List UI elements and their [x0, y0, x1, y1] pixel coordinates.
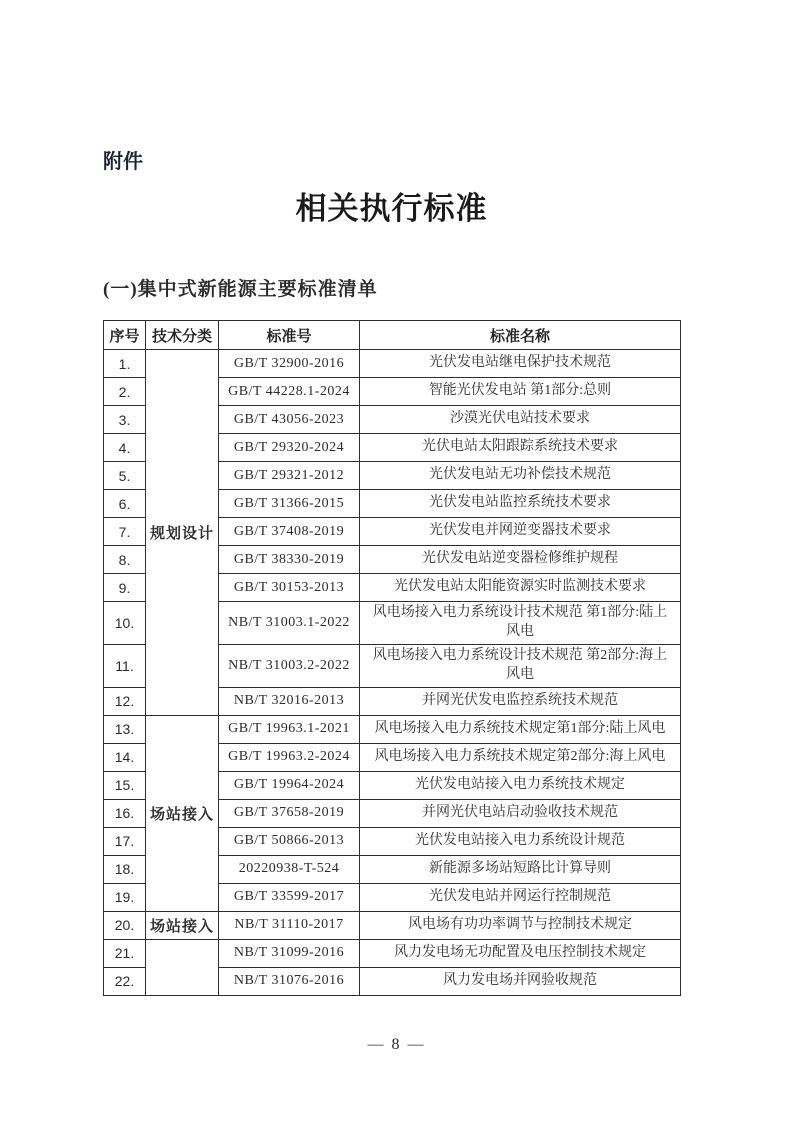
row-index-cell: 16.	[104, 799, 146, 827]
standard-name-cell: 风电场接入电力系统设计技术规范 第2部分:海上风电	[360, 644, 681, 687]
standard-number-cell: GB/T 43056-2023	[219, 406, 360, 434]
row-index-cell: 6.	[104, 490, 146, 518]
standard-name-cell: 新能源多场站短路比计算导则	[360, 855, 681, 883]
standard-name-cell: 光伏发电站接入电力系统技术规定	[360, 771, 681, 799]
standard-number-cell: GB/T 19964-2024	[219, 771, 360, 799]
standard-number-cell: NB/T 31003.2-2022	[219, 644, 360, 687]
row-index-cell: 10.	[104, 602, 146, 645]
row-index-cell: 11.	[104, 644, 146, 687]
standard-number-cell: GB/T 31366-2015	[219, 490, 360, 518]
table-row: 13.场站接入GB/T 19963.1-2021风电场接入电力系统技术规定第1部…	[104, 715, 681, 743]
standard-number-cell: GB/T 19963.1-2021	[219, 715, 360, 743]
row-index-cell: 5.	[104, 462, 146, 490]
standard-number-cell: GB/T 37658-2019	[219, 799, 360, 827]
row-index-cell: 3.	[104, 406, 146, 434]
standard-name-cell: 风电场有功功率调节与控制技术规定	[360, 911, 681, 939]
standard-name-cell: 光伏发电站接入电力系统设计规范	[360, 827, 681, 855]
row-index-cell: 8.	[104, 546, 146, 574]
standard-name-cell: 风力发电场并网验收规范	[360, 967, 681, 995]
table-row: 21.NB/T 31099-2016风力发电场无功配置及电压控制技术规定	[104, 939, 681, 967]
standard-number-cell: NB/T 31110-2017	[219, 911, 360, 939]
standard-name-cell: 光伏发电站监控系统技术要求	[360, 490, 681, 518]
standard-name-cell: 光伏发电站并网运行控制规范	[360, 883, 681, 911]
standard-name-cell: 光伏电站太阳跟踪系统技术要求	[360, 434, 681, 462]
section-heading: (一)集中式新能源主要标准清单	[103, 274, 378, 301]
row-index-cell: 9.	[104, 574, 146, 602]
standard-number-cell: 20220938-T-524	[219, 855, 360, 883]
standard-number-cell: NB/T 31076-2016	[219, 967, 360, 995]
header-index: 序号	[104, 321, 146, 350]
row-index-cell: 19.	[104, 883, 146, 911]
row-index-cell: 15.	[104, 771, 146, 799]
standard-name-cell: 并网光伏电站启动验收技术规范	[360, 799, 681, 827]
standard-number-cell: GB/T 37408-2019	[219, 518, 360, 546]
standard-name-cell: 风电场接入电力系统技术规定第1部分:陆上风电	[360, 715, 681, 743]
category-cell: 场站接入	[146, 911, 219, 939]
standard-number-cell: NB/T 32016-2013	[219, 687, 360, 715]
standard-name-cell: 光伏发电站无功补偿技术规范	[360, 462, 681, 490]
standard-name-cell: 智能光伏发电站 第1部分:总则	[360, 378, 681, 406]
standard-name-cell: 光伏发电站逆变器检修维护规程	[360, 546, 681, 574]
standards-table-body: 1.规划设计GB/T 32900-2016光伏发电站继电保护技术规范2.GB/T…	[104, 350, 681, 996]
row-index-cell: 7.	[104, 518, 146, 546]
category-cell: 规划设计	[146, 350, 219, 716]
standard-name-cell: 风电场接入电力系统技术规定第2部分:海上风电	[360, 743, 681, 771]
header-standard-number: 标准号	[219, 321, 360, 350]
row-index-cell: 22.	[104, 967, 146, 995]
row-index-cell: 12.	[104, 687, 146, 715]
standard-number-cell: GB/T 38330-2019	[219, 546, 360, 574]
standard-number-cell: GB/T 19963.2-2024	[219, 743, 360, 771]
table-row: 1.规划设计GB/T 32900-2016光伏发电站继电保护技术规范	[104, 350, 681, 378]
row-index-cell: 21.	[104, 939, 146, 967]
row-index-cell: 18.	[104, 855, 146, 883]
standard-name-cell: 风力发电场无功配置及电压控制技术规定	[360, 939, 681, 967]
standard-number-cell: GB/T 44228.1-2024	[219, 378, 360, 406]
standard-number-cell: GB/T 29321-2012	[219, 462, 360, 490]
table-row: 20.场站接入NB/T 31110-2017风电场有功功率调节与控制技术规定	[104, 911, 681, 939]
standard-number-cell: GB/T 33599-2017	[219, 883, 360, 911]
standard-name-cell: 光伏发电并网逆变器技术要求	[360, 518, 681, 546]
row-index-cell: 14.	[104, 743, 146, 771]
row-index-cell: 4.	[104, 434, 146, 462]
standard-number-cell: NB/T 31003.1-2022	[219, 602, 360, 645]
row-index-cell: 17.	[104, 827, 146, 855]
row-index-cell: 13.	[104, 715, 146, 743]
document-page: 附件 相关执行标准 (一)集中式新能源主要标准清单 序号 技术分类 标准号 标准…	[0, 0, 793, 1122]
standard-name-cell: 并网光伏发电监控系统技术规范	[360, 687, 681, 715]
category-cell	[146, 939, 219, 995]
standard-name-cell: 风电场接入电力系统设计技术规范 第1部分:陆上风电	[360, 602, 681, 645]
standard-name-cell: 沙漠光伏电站技术要求	[360, 406, 681, 434]
standard-name-cell: 光伏发电站太阳能资源实时监测技术要求	[360, 574, 681, 602]
header-standard-name: 标准名称	[360, 321, 681, 350]
standard-number-cell: GB/T 32900-2016	[219, 350, 360, 378]
row-index-cell: 1.	[104, 350, 146, 378]
attachment-label: 附件	[103, 145, 143, 174]
standard-number-cell: GB/T 50866-2013	[219, 827, 360, 855]
table-header-row: 序号 技术分类 标准号 标准名称	[104, 321, 681, 350]
page-number: — 8 —	[0, 1036, 793, 1054]
row-index-cell: 20.	[104, 911, 146, 939]
header-category: 技术分类	[146, 321, 219, 350]
row-index-cell: 2.	[104, 378, 146, 406]
standard-number-cell: GB/T 30153-2013	[219, 574, 360, 602]
page-title: 相关执行标准	[103, 183, 680, 228]
standard-number-cell: GB/T 29320-2024	[219, 434, 360, 462]
standard-number-cell: NB/T 31099-2016	[219, 939, 360, 967]
standard-name-cell: 光伏发电站继电保护技术规范	[360, 350, 681, 378]
category-cell: 场站接入	[146, 715, 219, 911]
standards-table: 序号 技术分类 标准号 标准名称 1.规划设计GB/T 32900-2016光伏…	[103, 320, 681, 996]
